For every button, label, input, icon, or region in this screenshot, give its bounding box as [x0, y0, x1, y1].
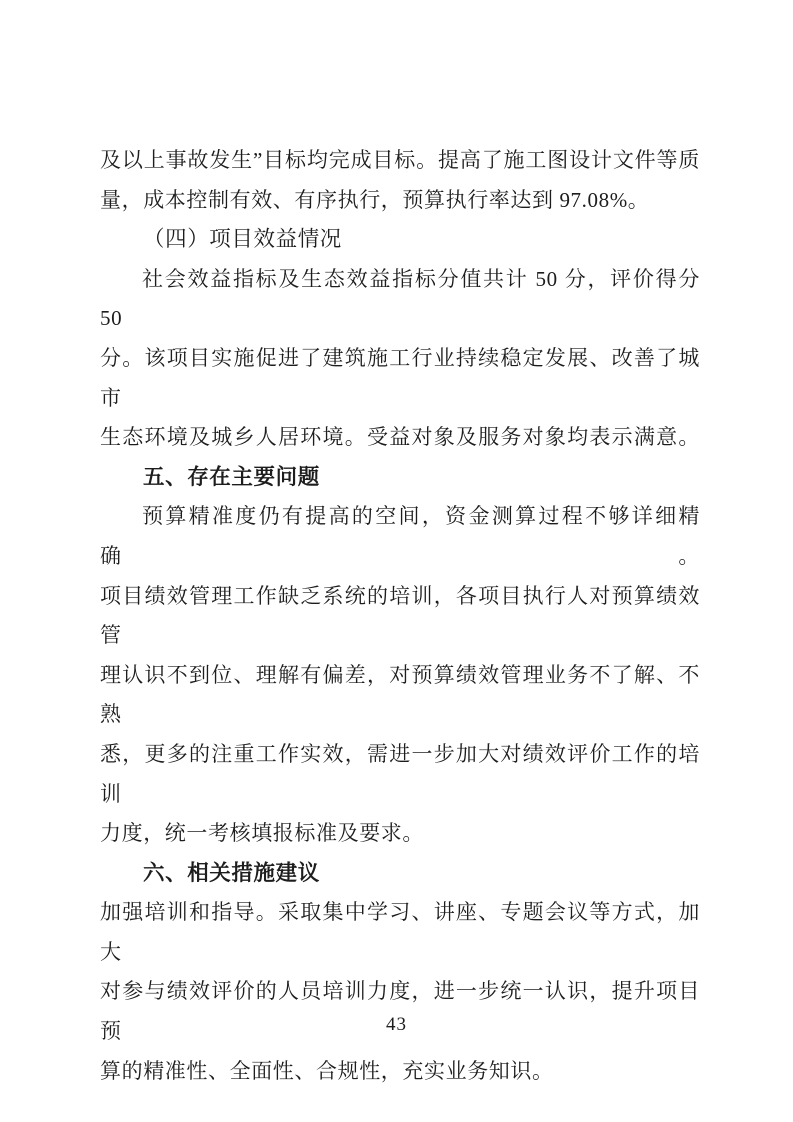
- text-line: 及以上事故发生”目标均完成目标。提高了施工图设计文件等质: [100, 141, 700, 181]
- text-line: 加强培训和指导。采取集中学习、讲座、专题会议等方式，加大: [100, 893, 700, 972]
- text-line: 社会效益指标及生态效益指标分值共计 50 分，评价得分 50: [100, 260, 700, 339]
- text-line: 对参与绩效评价的人员培训力度，进一步统一认识，提升项目预: [100, 972, 700, 1051]
- section-heading-suggestions: 六、相关措施建议: [100, 854, 700, 894]
- section-heading-problems: 五、存在主要问题: [100, 458, 700, 498]
- page-number: 43: [0, 1014, 793, 1036]
- text-line: 算的精准性、全面性、合规性，充实业务知识。: [100, 1052, 700, 1092]
- paragraph: 社会效益指标及生态效益指标分值共计 50 分，评价得分 50 分。该项目实施促进…: [100, 260, 700, 458]
- text-line: 预算精准度仍有提高的空间，资金测算过程不够详细精确。: [100, 497, 700, 576]
- paragraph: 预算精准度仍有提高的空间，资金测算过程不够详细精确。 项目绩效管理工作缺乏系统的…: [100, 497, 700, 853]
- text-line: 力度，统一考核填报标准及要求。: [100, 814, 700, 854]
- text-line: 理认识不到位、理解有偏差，对预算绩效管理业务不了解、不熟: [100, 656, 700, 735]
- document-body: 及以上事故发生”目标均完成目标。提高了施工图设计文件等质 量，成本控制有效、有序…: [100, 141, 700, 1091]
- text-line: 分。该项目实施促进了建筑施工行业持续稳定发展、改善了城市: [100, 339, 700, 418]
- text-line: 项目绩效管理工作缺乏系统的培训，各项目执行人对预算绩效管: [100, 577, 700, 656]
- text-line: 生态环境及城乡人居环境。受益对象及服务对象均表示满意。: [100, 418, 700, 458]
- text-line: 悉，更多的注重工作实效，需进一步加大对绩效评价工作的培训: [100, 735, 700, 814]
- paragraph: 及以上事故发生”目标均完成目标。提高了施工图设计文件等质 量，成本控制有效、有序…: [100, 141, 700, 220]
- report-page: 及以上事故发生”目标均完成目标。提高了施工图设计文件等质 量，成本控制有效、有序…: [0, 0, 793, 1122]
- text-line: 量，成本控制有效、有序执行，预算执行率达到 97.08%。: [100, 181, 700, 221]
- section-heading-benefit: （四）项目效益情况: [100, 220, 700, 260]
- paragraph: 加强培训和指导。采取集中学习、讲座、专题会议等方式，加大 对参与绩效评价的人员培…: [100, 893, 700, 1091]
